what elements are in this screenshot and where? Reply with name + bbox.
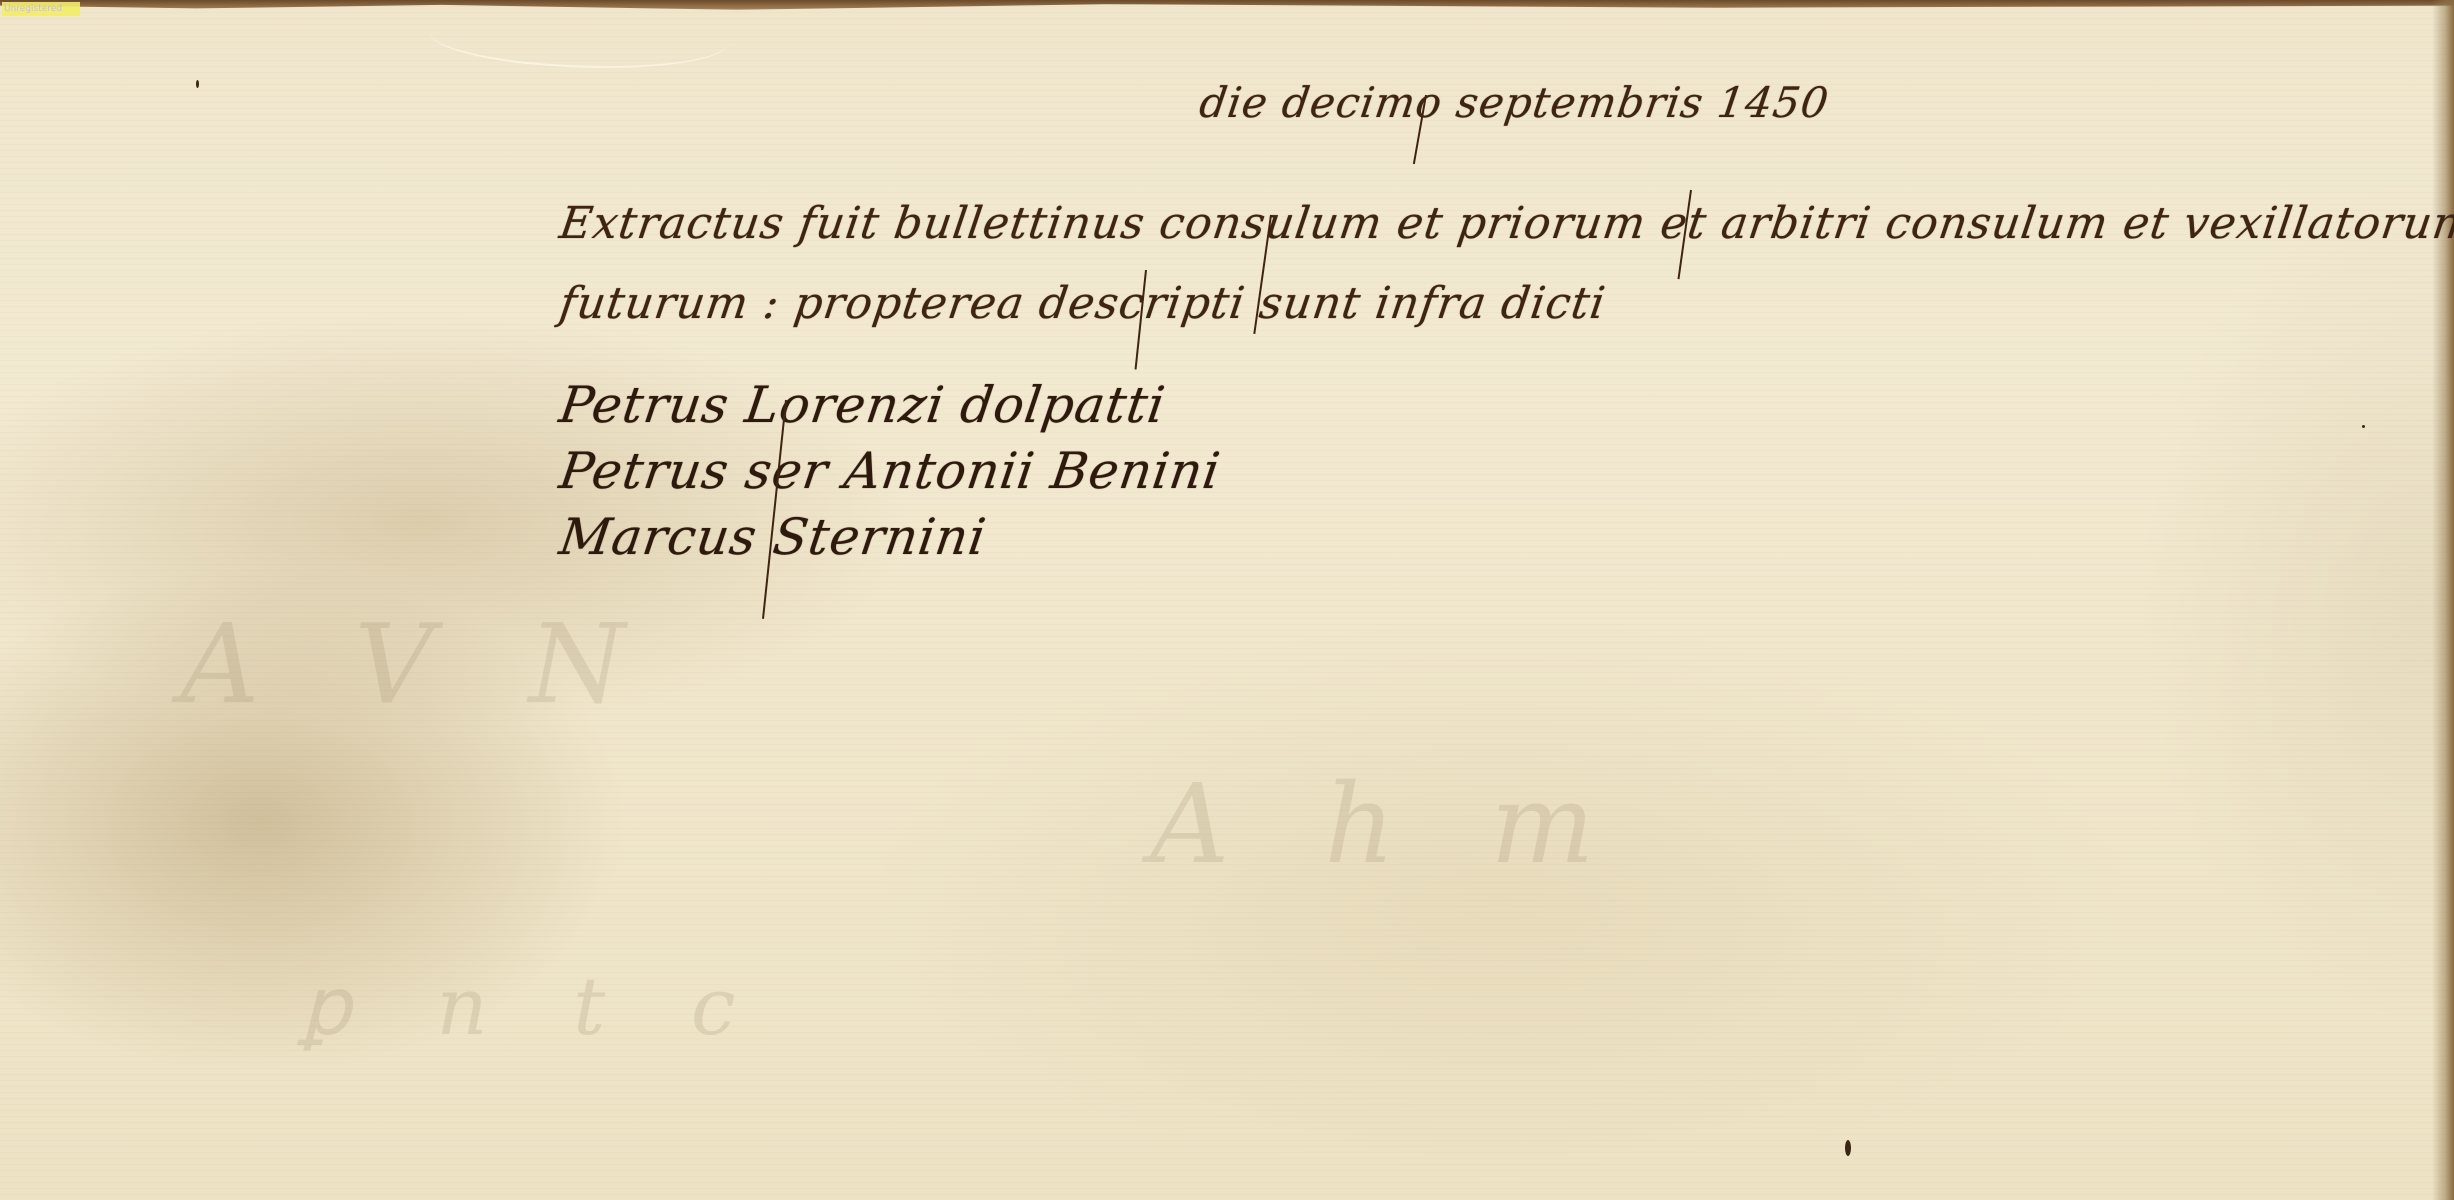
body-text-line: Extractus fuit bullettinus consulum et p… — [556, 198, 2454, 249]
verso-show-through: A V N — [180, 600, 655, 728]
paper-fold-crease — [428, 0, 732, 78]
torn-top-edge — [0, 0, 2454, 14]
names-list: Petrus Lorenzi dolpatti Petrus ser Anton… — [560, 372, 1220, 570]
body-text-line: futurum : propterea descripti sunt infra… — [556, 278, 1609, 329]
verso-show-through: ꝑ n t c — [300, 960, 766, 1053]
manuscript-page: Unregistered A V N A h m ꝑ n t c die dec… — [0, 0, 2454, 1200]
name-entry: Petrus Lorenzi dolpatti — [555, 372, 1224, 438]
paper-speck — [196, 80, 199, 88]
unregistered-watermark: Unregistered — [2, 2, 80, 16]
verso-show-through: A h m — [1150, 760, 1625, 888]
paper-speck — [2362, 425, 2365, 428]
date-heading: die decimo septembris 1450 — [1197, 78, 1833, 127]
name-entry: Marcus Sternini — [555, 504, 1224, 570]
binding-edge-shadow — [2432, 0, 2454, 1200]
name-entry: Petrus ser Antonii Benini — [555, 438, 1224, 504]
paper-speck — [1845, 1140, 1851, 1156]
